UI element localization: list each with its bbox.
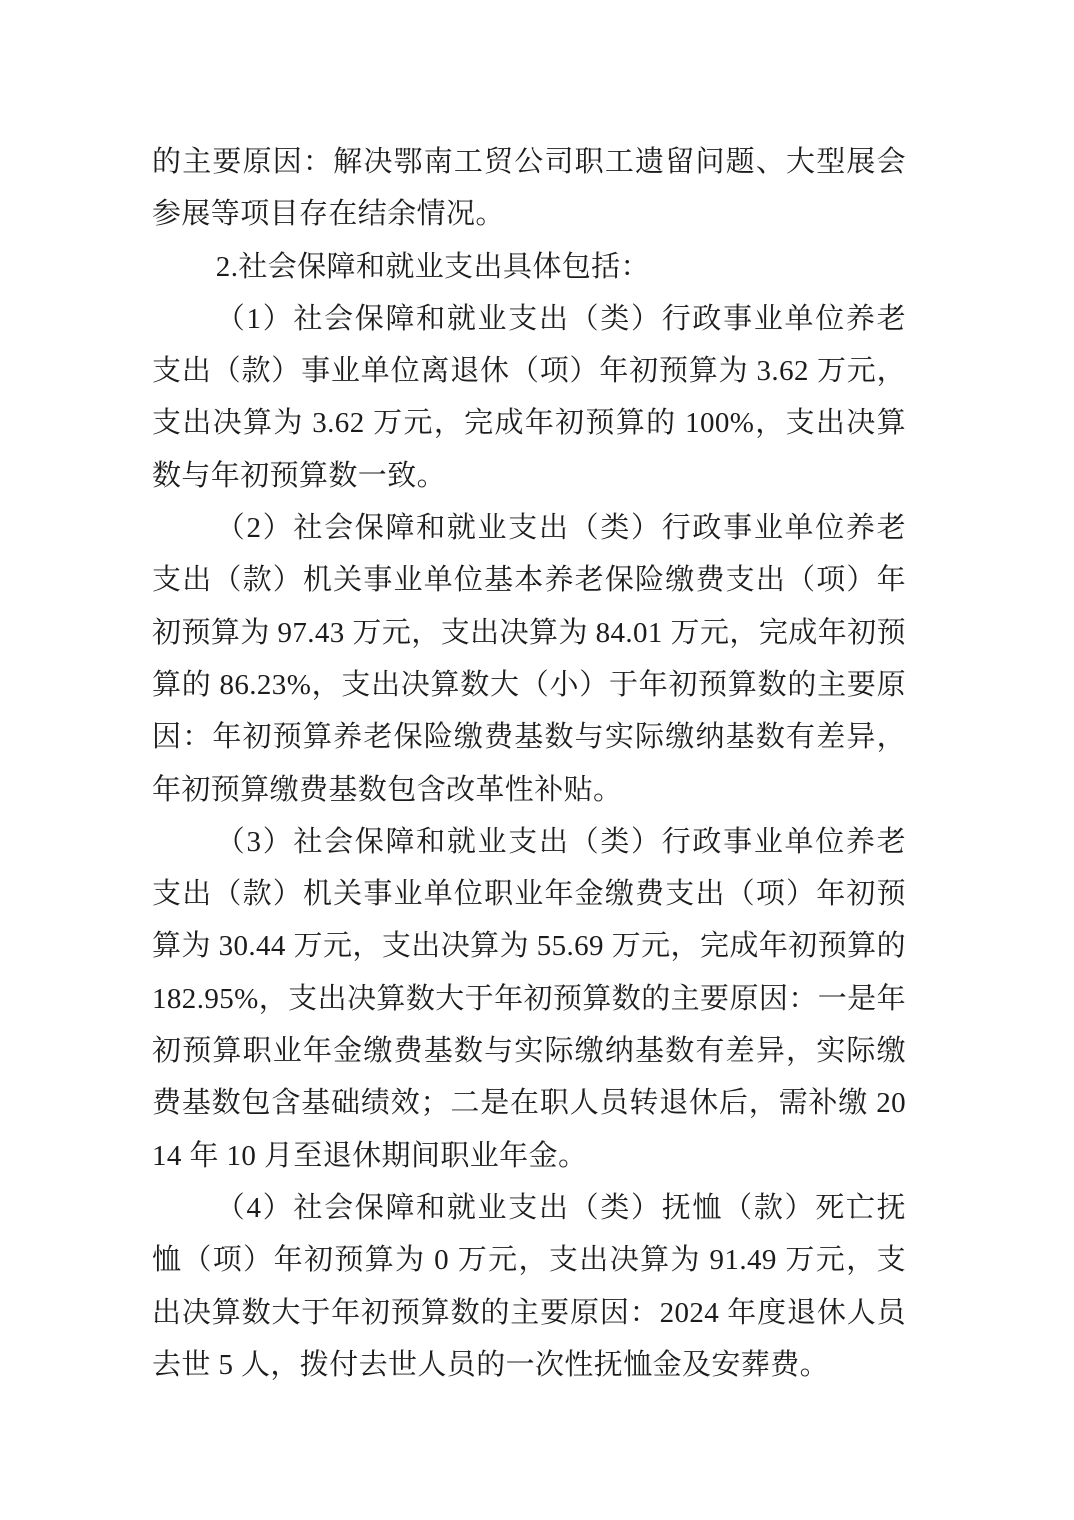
paragraph-item-1: （1）社会保障和就业支出（类）行政事业单位养老支出（款）事业单位离退休（项）年初… <box>152 293 906 502</box>
paragraph-item-2: （2）社会保障和就业支出（类）行政事业单位养老支出（款）机关事业单位基本养老保险… <box>152 502 906 816</box>
document-body: 的主要原因：解决鄂南工贸公司职工遗留问题、大型展会参展等项目存在结余情况。 2.… <box>152 136 906 1391</box>
document-page: 的主要原因：解决鄂南工贸公司职工遗留问题、大型展会参展等项目存在结余情况。 2.… <box>0 0 1074 1520</box>
paragraph-list-heading: 2.社会保障和就业支出具体包括： <box>152 241 906 293</box>
paragraph-item-3: （3）社会保障和就业支出（类）行政事业单位养老支出（款）机关事业单位职业年金缴费… <box>152 816 906 1182</box>
paragraph-item-4: （4）社会保障和就业支出（类）抚恤（款）死亡抚恤（项）年初预算为 0 万元，支出… <box>152 1182 906 1391</box>
paragraph-continuation: 的主要原因：解决鄂南工贸公司职工遗留问题、大型展会参展等项目存在结余情况。 <box>152 136 906 241</box>
